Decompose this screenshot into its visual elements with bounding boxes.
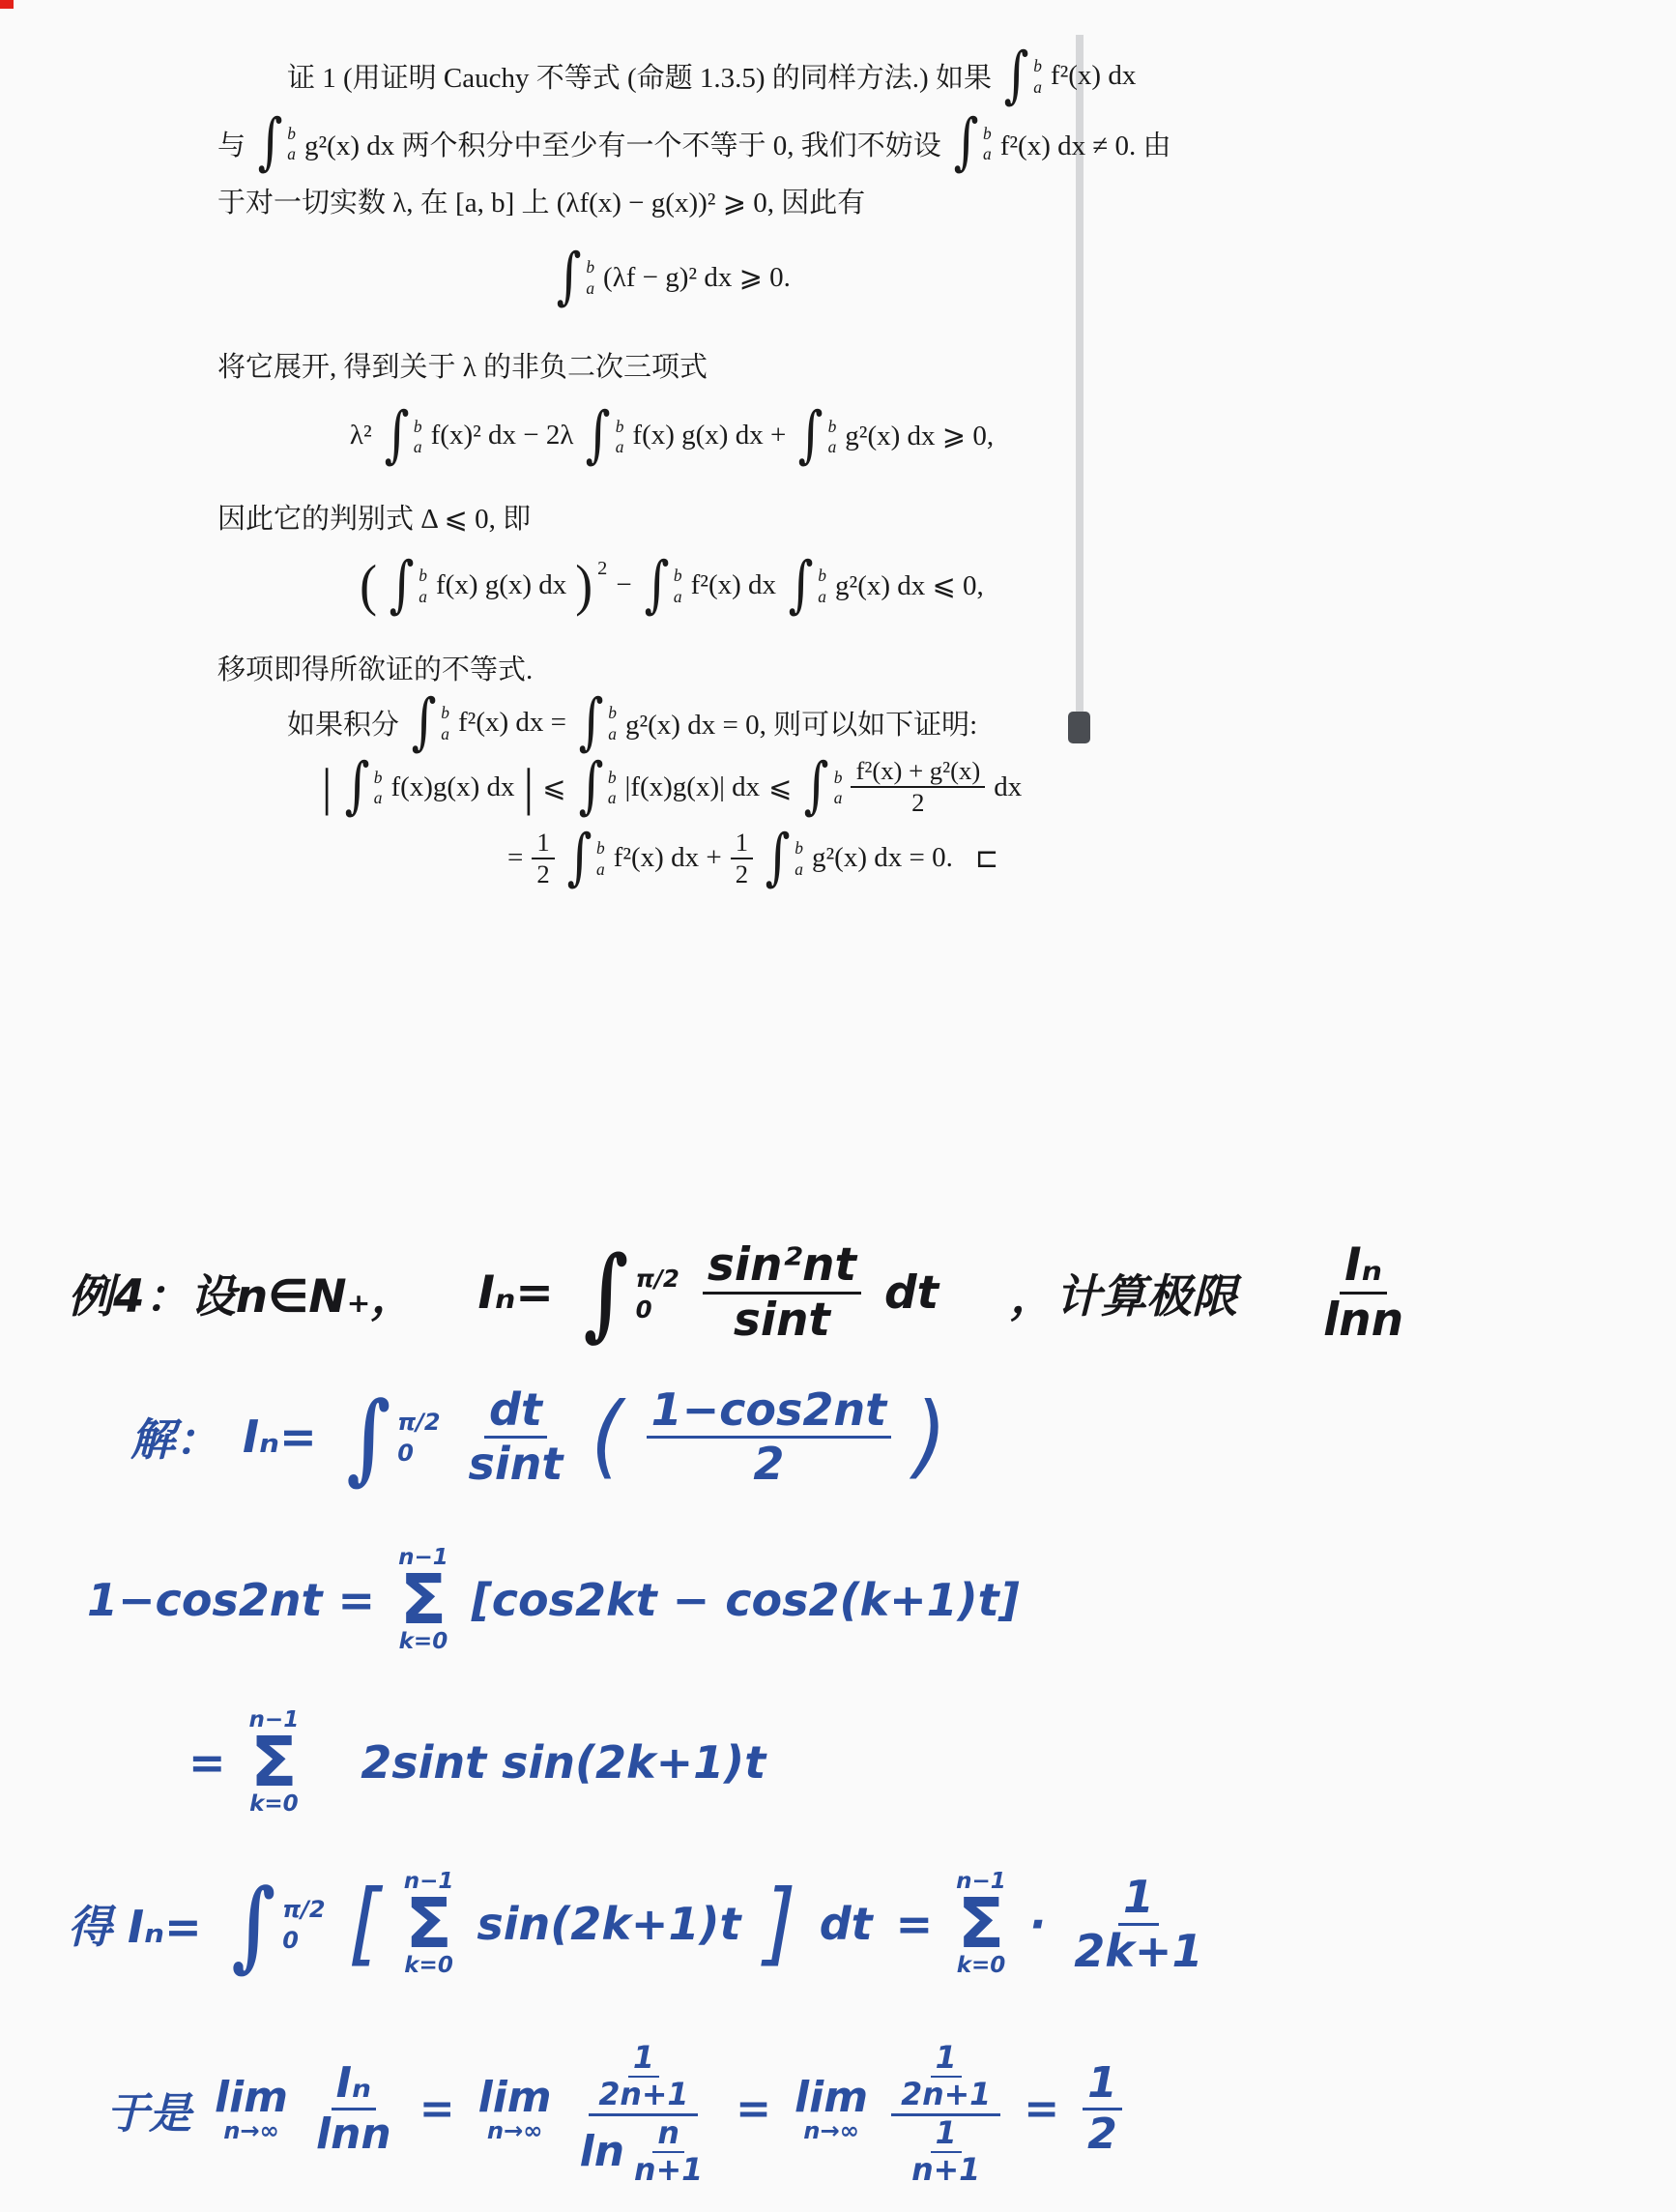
lim-word: lim (478, 2077, 552, 2119)
red-corner-mark (0, 0, 14, 9)
integral-sign: ∫ (804, 759, 829, 814)
integral-bounds: ba (794, 836, 803, 880)
sigma-sign: Σ (250, 1732, 298, 1793)
lower-bound: a (1033, 77, 1042, 98)
fraction: dtsint (464, 1384, 568, 1490)
fraction: 1−cos2nt2 (647, 1384, 892, 1490)
integral-a-b: ∫ba (408, 695, 449, 750)
hand-text: 解： (130, 1405, 219, 1469)
lower-bound: a (374, 788, 383, 808)
lim-sub: n→∞ (223, 2119, 279, 2142)
lower-bound: a (834, 788, 843, 808)
integral-bounds: π/20 (396, 1407, 440, 1467)
equation-text: f²(x) dx + (614, 842, 722, 874)
integral-bounds: ba (817, 564, 826, 607)
denominator: 2 (907, 788, 929, 818)
summation: n−1Σk=0 (956, 1871, 1006, 1977)
sum-lower: k=0 (399, 1631, 448, 1653)
hand-text: = (896, 1898, 934, 1950)
integral-bounds: π/20 (635, 1263, 679, 1324)
integral-bounds: ba (418, 564, 427, 607)
fraction: 12k+1 (1069, 1872, 1207, 1977)
proof-line-1: 证 1 (用证明 Cauchy 不等式 (命题 1.3.5) 的同样方法.) 如… (217, 48, 1126, 103)
denominator: 2n+1 (593, 2078, 693, 2112)
equation-text: f(x)² dx − 2λ (431, 420, 574, 451)
equation-5: = 12 ∫ba f²(x) dx + 12 ∫ba g²(x) dx = 0.… (217, 828, 1126, 888)
fraction: sin²ntsint (703, 1239, 861, 1347)
integral-a-b: ∫ba (575, 759, 617, 814)
integral-sign: ∫ (566, 830, 592, 886)
integral-sign: ∫ (789, 558, 814, 613)
open-paren: ( (591, 1401, 622, 1473)
hand-text: dt (884, 1266, 939, 1320)
sigma-sign: Σ (958, 1893, 1005, 1955)
denominator: sint (729, 1295, 835, 1347)
lower-bound: a (983, 144, 992, 164)
summation: n−1Σk=0 (398, 1547, 448, 1653)
upper-bound: b (983, 124, 992, 144)
proof-text: f²(x) dx = (458, 707, 566, 739)
integral-a-b: ∫ba (341, 759, 383, 814)
integral-sign: ∫ (798, 408, 824, 463)
denominator: n+1 (629, 2153, 708, 2188)
summation: n−1Σk=0 (404, 1871, 454, 1977)
numerator: 1 (731, 828, 753, 859)
integral-sign: ∫ (231, 1880, 275, 1968)
sum-lower: k=0 (404, 1955, 453, 1977)
handwritten-line-solution: 解： Iₙ= ∫π/20 dtsint ( 1−cos2nt2 ) (130, 1384, 946, 1490)
hand-text: ln (580, 2128, 624, 2177)
equation-text: ⩽ (542, 771, 565, 804)
lim-sub: n→∞ (487, 2119, 543, 2142)
integral-a-b: ∫ba (785, 558, 826, 613)
integral-a-b: ∫ba (1000, 48, 1042, 103)
close-paren: ) (575, 563, 592, 608)
proof-line-5: 因此它的判别式 Δ ⩽ 0, 即 (217, 497, 1126, 537)
numerator: 12n+1 (589, 2030, 698, 2116)
upper-bound: b (818, 566, 826, 586)
numerator: 1 (1118, 1872, 1159, 1926)
scanned-notes-page: 证 1 (用证明 Cauchy 不等式 (命题 1.3.5) 的同样方法.) 如… (0, 0, 1676, 2212)
handwritten-line-product: = n−1Σk=0 2sint sin(2k+1)t (188, 1709, 766, 1816)
numerator: n (652, 2116, 684, 2153)
proof-text: f²(x) dx (1051, 60, 1136, 92)
lim-sub: n→∞ (803, 2119, 859, 2142)
printed-proof-block: 证 1 (用证明 Cauchy 不等式 (命题 1.3.5) 的同样方法.) 如… (217, 23, 1126, 888)
hand-text: sin(2k+1)t (477, 1898, 740, 1950)
proof-text: 与 (217, 124, 246, 163)
upper-bound: b (586, 257, 594, 277)
qed-mark: ⊏ (975, 841, 998, 875)
denominator: n+1 (907, 2153, 985, 2188)
numerator: sin²nt (703, 1239, 861, 1295)
proof-text: 将它展开, 得到关于 λ 的非负二次三项式 (217, 345, 708, 385)
lower-bound: a (419, 587, 427, 607)
integral-bounds: ba (833, 766, 843, 809)
denominator: lnn (311, 2110, 396, 2160)
hand-text: 1−cos2nt = (87, 1574, 375, 1626)
hand-text: 于是 (106, 2079, 191, 2140)
integral-sign: ∫ (344, 759, 369, 814)
integral-sign: ∫ (583, 1248, 628, 1338)
open-bracket: [ (349, 1888, 381, 1961)
upper-bound: b (374, 768, 383, 788)
handwritten-line-problem: 例4：设n∈N₊， Iₙ= ∫π/20 sin²ntsint dt ，计算极限 … (68, 1239, 1408, 1347)
integral-a-b: ∫ba (254, 115, 296, 170)
proof-line-3: 于对一切实数 λ, 在 [a, b] 上 (λf(x) − g(x))² ⩾ 0… (217, 181, 1126, 220)
integral-sign: ∫ (258, 115, 283, 170)
upper-bound: b (795, 838, 803, 859)
integral-sign: ∫ (384, 408, 409, 463)
fraction-In-lnn: Iₙlnn (1318, 1239, 1408, 1347)
denominator: lnn (1318, 1295, 1408, 1347)
integral-a-b: ∫ba (582, 408, 623, 463)
equation-text: = (507, 842, 523, 874)
integral-bounds: ba (286, 122, 296, 165)
integral-bounds: π/20 (281, 1894, 325, 1954)
numerator: dt (484, 1384, 547, 1439)
equation-text: g²(x) dx ⩽ 0, (835, 568, 984, 602)
proof-text: g²(x) dx = 0, 则可以如下证明: (625, 703, 977, 742)
compound-fraction: 12n+1 1n+1 (891, 2030, 1000, 2189)
integral-0-pi2: ∫π/20 (340, 1393, 441, 1481)
upper-bound: b (608, 768, 617, 788)
hand-text: · (1029, 1898, 1046, 1950)
integral-bounds: ba (585, 255, 594, 299)
equation-text: g²(x) dx = 0. (812, 842, 953, 874)
proof-line-2: 与 ∫ba g²(x) dx 两个积分中至少有一个不等于 0, 我们不妨设 ∫b… (217, 115, 1126, 170)
equation-3: ( ∫ba f(x) g(x) dx ) 2 − ∫ba f²(x) dx ∫b… (217, 558, 1126, 613)
lower-bound: 0 (397, 1440, 440, 1467)
numerator: 12n+1 (891, 2030, 1000, 2116)
hand-text: 例4：设n∈N₊， (68, 1261, 416, 1325)
open-paren: ( (360, 563, 377, 608)
upper-bound: b (419, 566, 427, 586)
summation: n−1Σk=0 (249, 1709, 300, 1816)
upper-bound: b (287, 124, 296, 144)
integral-a-b: ∫ba (563, 830, 605, 886)
integral-bounds: ba (615, 415, 624, 458)
equation-4: | ∫ba f(x)g(x) dx | ⩽ ∫ba |f(x)g(x)| dx … (217, 756, 1126, 817)
proof-text: f²(x) dx ≠ 0. 由 (1000, 124, 1171, 163)
equation-text: g²(x) dx ⩾ 0, (845, 419, 994, 452)
hand-text: = (1024, 2084, 1059, 2134)
upper-bound: b (834, 768, 843, 788)
hand-text: ，计算极限 (1010, 1261, 1237, 1325)
denominator: lnnn+1 (575, 2116, 713, 2189)
integral-sign: ∫ (578, 759, 603, 814)
equation-2: λ² ∫ba f(x)² dx − 2λ ∫ba f(x) g(x) dx + … (217, 408, 1126, 463)
lower-bound: a (586, 278, 594, 299)
lower-bound: a (441, 724, 449, 744)
lower-bound: a (608, 788, 617, 808)
fraction: 12n+1 (593, 2041, 693, 2113)
exponent: 2 (597, 558, 607, 580)
integral-a-b: ∫ba (553, 249, 594, 305)
abs-bar: | (524, 767, 535, 808)
denominator: 2 (1083, 2110, 1122, 2160)
upper-bound: π/2 (397, 1409, 440, 1436)
sum-lower: k=0 (249, 1793, 299, 1816)
denominator: 2 (748, 1439, 789, 1490)
integral-sign: ∫ (346, 1393, 390, 1481)
denominator: 1n+1 (902, 2116, 990, 2189)
integral-a-b: ∫ba (950, 115, 992, 170)
integral-bounds: ba (607, 766, 617, 809)
upper-bound: b (414, 417, 422, 437)
lower-bound: a (596, 859, 605, 880)
integral-a-b: ∫ba (575, 695, 617, 750)
integral-a-b: ∫ba (800, 759, 842, 814)
upper-bound: b (674, 566, 682, 586)
hand-text: Iₙ= (243, 1411, 317, 1463)
integral-bounds: ba (595, 836, 605, 880)
equation-text: |f(x)g(x)| dx (625, 771, 761, 803)
proof-text: 移项即得所欲证的不等式. (217, 648, 533, 687)
integral-0-pi2: ∫π/20 (577, 1248, 679, 1338)
fraction-In-lnn: Iₙlnn (311, 2059, 396, 2160)
integral-a-b: ∫ba (386, 558, 427, 613)
upper-bound: b (441, 703, 449, 723)
numerator: Iₙ (332, 2059, 376, 2111)
hand-text: dt (820, 1898, 873, 1950)
proof-text: 如果积分 (287, 703, 399, 742)
hand-text: 得 Iₙ= (68, 1892, 202, 1956)
proof-text: 因此它的判别式 Δ ⩽ 0, 即 (217, 497, 531, 537)
integral-a-b: ∫ba (762, 830, 803, 886)
fraction: 12n+1 (896, 2041, 996, 2113)
fraction: nn+1 (629, 2116, 708, 2189)
integral-sign: ∫ (390, 558, 415, 613)
proof-text: g²(x) dx 两个积分中至少有一个不等于 0, 我们不妨设 (304, 124, 941, 163)
proof-text: 于对一切实数 λ, 在 [a, b] 上 (λf(x) − g(x))² ⩾ 0… (217, 181, 865, 220)
lower-bound: a (674, 587, 682, 607)
integral-bounds: ba (1032, 54, 1042, 98)
numerator: 1−cos2nt (647, 1384, 892, 1439)
fraction: 1n+1 (907, 2116, 985, 2189)
sum-lower: k=0 (957, 1955, 1006, 1977)
equation-text: f(x) g(x) dx (436, 569, 566, 601)
integral-bounds: ba (373, 766, 383, 809)
numerator: 1 (1083, 2059, 1122, 2111)
handwritten-line-telescoping: 1−cos2nt = n−1Σk=0 [cos2kt − cos2(k+1)t] (87, 1547, 1020, 1653)
handwritten-line-integral-sum: 得 Iₙ= ∫π/20 [ n−1Σk=0 sin(2k+1)t ] dt = … (68, 1871, 1207, 1977)
lower-bound: a (608, 724, 617, 744)
stolz-fraction: 12n+1 lnnn+1 (575, 2030, 713, 2189)
fraction: f²(x) + g²(x)2 (851, 756, 985, 817)
hand-text: Iₙ= (477, 1266, 553, 1320)
lower-bound: a (795, 859, 803, 880)
equation-text: (λf − g)² dx ⩾ 0. (603, 260, 791, 294)
lower-bound: a (828, 437, 837, 457)
sigma-sign: Σ (400, 1569, 448, 1631)
fraction-one-half: 12 (731, 828, 753, 888)
integral-sign: ∫ (766, 830, 791, 886)
integral-bounds: ba (413, 415, 422, 458)
numerator: 1 (532, 828, 554, 859)
hand-text: [cos2kt − cos2(k+1)t] (472, 1574, 1020, 1626)
close-paren: ) (914, 1401, 946, 1473)
abs-bar: | (322, 767, 332, 808)
lower-bound: 0 (636, 1295, 679, 1324)
integral-bounds: ba (673, 564, 682, 607)
lower-bound: a (414, 437, 422, 457)
equation-text: f(x)g(x) dx (390, 771, 514, 803)
hand-text: = (419, 2084, 455, 2134)
upper-bound: π/2 (636, 1265, 679, 1293)
equation-text: ⩽ (768, 771, 792, 804)
integral-sign: ∫ (579, 695, 604, 750)
integral-bounds: ba (982, 122, 992, 165)
integral-0-pi2: ∫π/20 (225, 1880, 326, 1968)
upper-bound: π/2 (282, 1896, 325, 1923)
integral-sign: ∫ (953, 115, 978, 170)
proof-text: 证 1 (用证明 Cauchy 不等式 (命题 1.3.5) 的同样方法.) 如… (287, 56, 992, 96)
denominator: sint (464, 1439, 568, 1490)
lower-bound: a (818, 587, 826, 607)
upper-bound: b (1033, 56, 1042, 76)
integral-sign: ∫ (412, 695, 437, 750)
equation-text: f(x) g(x) dx + (632, 420, 786, 451)
hand-text: 2sint sin(2k+1)t (361, 1736, 766, 1789)
lim-word: lim (795, 2077, 868, 2119)
numerator: f²(x) + g²(x) (851, 756, 985, 788)
lim-word: lim (215, 2077, 288, 2119)
numerator: 1 (931, 2116, 962, 2153)
proof-line-7: 如果积分 ∫ba f²(x) dx = ∫ba g²(x) dx = 0, 则可… (217, 695, 1126, 750)
integral-sign: ∫ (1004, 48, 1029, 103)
proof-line-6: 移项即得所欲证的不等式. (217, 648, 1126, 687)
equation-1: ∫ba (λf − g)² dx ⩾ 0. (217, 249, 1126, 305)
upper-bound: b (828, 417, 837, 437)
denominator: 2 (532, 859, 554, 889)
limit: limn→∞ (215, 2077, 288, 2142)
upper-bound: b (596, 838, 605, 859)
integral-sign: ∫ (586, 408, 611, 463)
denominator: 2n+1 (896, 2078, 996, 2112)
integral-bounds: ba (607, 701, 617, 744)
hand-text: = (188, 1736, 226, 1789)
numerator: 1 (628, 2041, 659, 2078)
limit: limn→∞ (795, 2077, 868, 2142)
hand-text: = (736, 2084, 771, 2134)
integral-sign: ∫ (557, 249, 582, 305)
lower-bound: a (287, 144, 296, 164)
upper-bound: b (616, 417, 624, 437)
integral-a-b: ∫ba (381, 408, 422, 463)
proof-line-4: 将它展开, 得到关于 λ 的非负二次三项式 (217, 345, 1126, 385)
numerator: 1 (931, 2041, 962, 2078)
integral-bounds: ba (440, 701, 449, 744)
sigma-sign: Σ (405, 1893, 452, 1955)
integral-a-b: ∫ba (795, 408, 836, 463)
denominator: 2 (731, 859, 753, 889)
close-bracket: ] (764, 1888, 795, 1961)
lower-bound: 0 (282, 1927, 325, 1954)
result-one-half: 12 (1083, 2059, 1122, 2160)
upper-bound: b (608, 703, 617, 723)
denominator: 2k+1 (1069, 1926, 1207, 1977)
limit: limn→∞ (478, 2077, 552, 2142)
equation-text: f²(x) dx (691, 569, 776, 601)
integral-bounds: ba (827, 415, 837, 458)
integral-a-b: ∫ba (641, 558, 682, 613)
equation-text: dx (994, 771, 1022, 803)
equation-text: − (616, 569, 631, 601)
fraction-one-half: 12 (532, 828, 554, 888)
lower-bound: a (616, 437, 624, 457)
integral-sign: ∫ (644, 558, 669, 613)
handwritten-line-limit: 于是 limn→∞ Iₙlnn = limn→∞ 12n+1 lnnn+1 = … (106, 2030, 1122, 2189)
numerator: Iₙ (1340, 1239, 1387, 1295)
equation-text: λ² (350, 420, 372, 451)
